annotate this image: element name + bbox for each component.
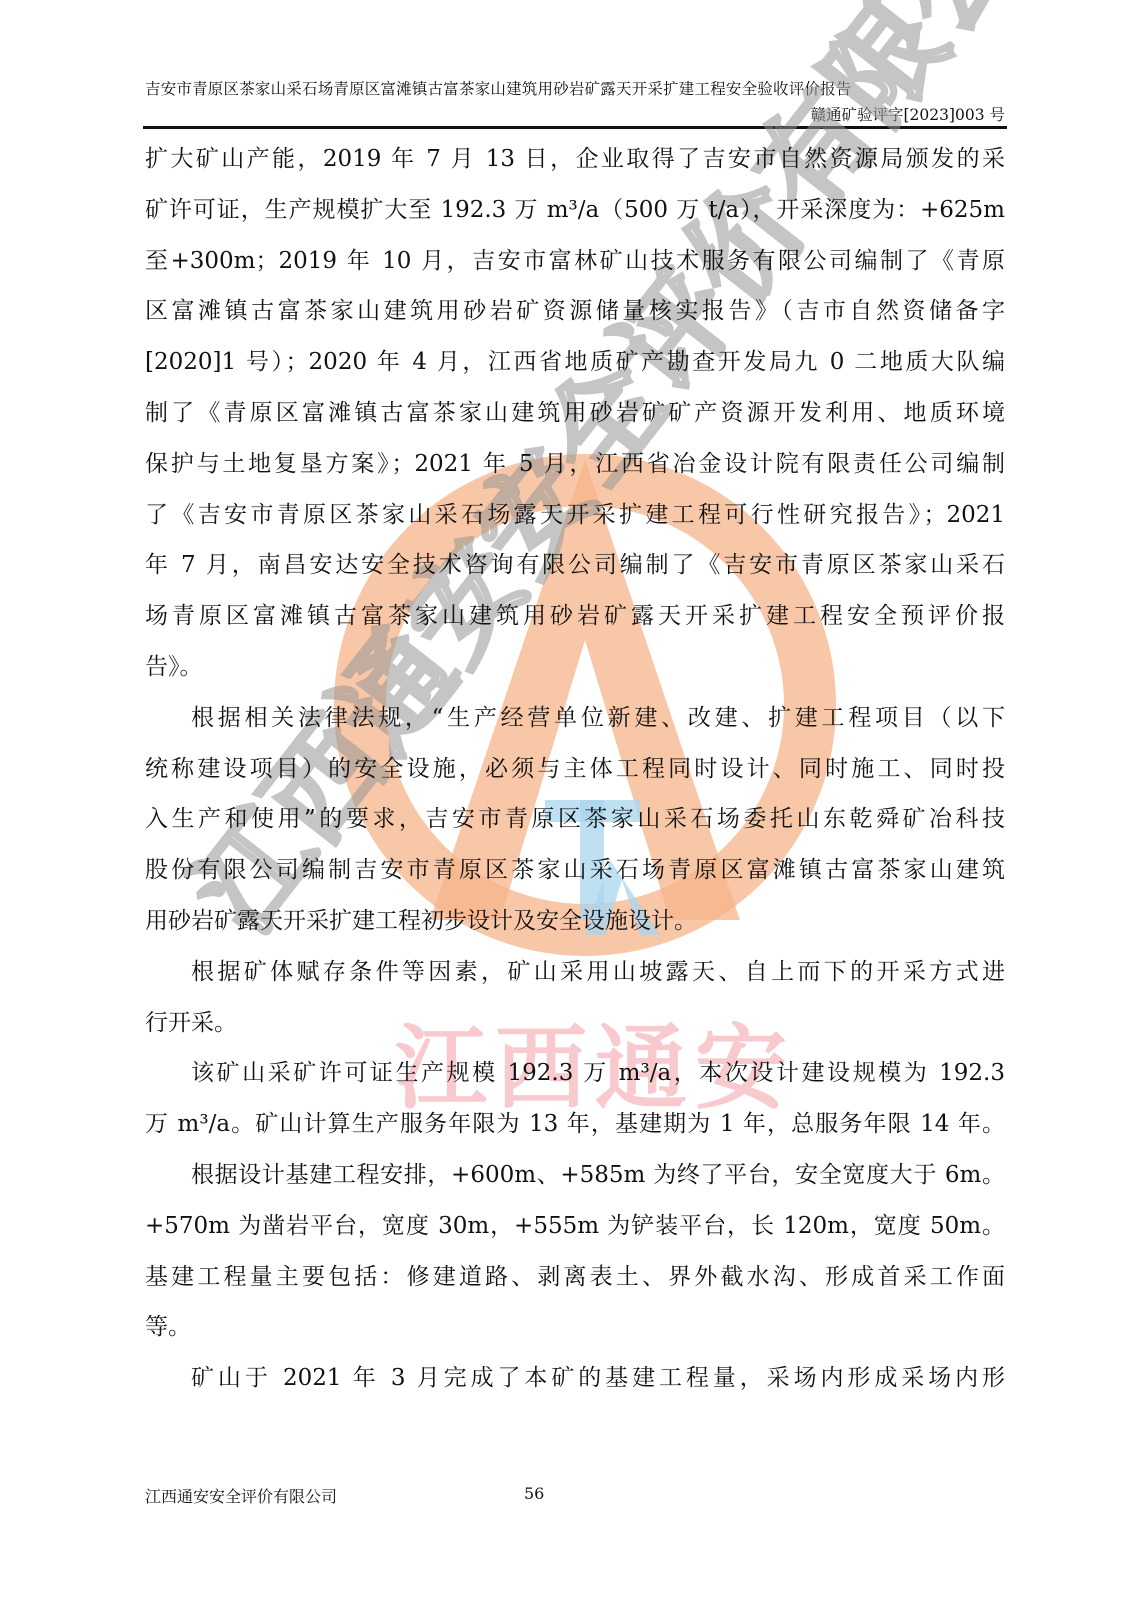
footer-company: 江西通安安全评价有限公司 — [145, 1484, 337, 1507]
text-line: 告》。 — [145, 642, 1005, 693]
text-line: 等。 — [145, 1302, 1005, 1353]
paragraph-start: 根据相关法律法规，“生产经营单位新建、改建、扩建工程项目（以下 — [145, 693, 1005, 744]
paragraph-start: 根据设计基建工程安排，+600m、+585m 为终了平台，安全宽度大于 6m。 — [145, 1150, 1005, 1201]
text-line: 入生产和使用”的要求，吉安市青原区茶家山采石场委托山东乾舜矿冶科技 — [145, 794, 1005, 845]
text-line: 区富滩镇古富茶家山建筑用砂岩矿资源储量核实报告》（吉市自然资储备字 — [145, 286, 1005, 337]
paragraph-start: 该矿山采矿许可证生产规模 192.3 万 m³/a，本次设计建设规模为 192.… — [145, 1048, 1005, 1099]
text-line: 了《吉安市青原区茶家山采石场露天开采扩建工程可行性研究报告》；2021 — [145, 490, 1005, 541]
text-line: 场青原区富滩镇古富茶家山建筑用砂岩矿露天开采扩建工程安全预评价报 — [145, 591, 1005, 642]
text-line: 股份有限公司编制吉安市青原区茶家山采石场青原区富滩镇古富茶家山建筑 — [145, 845, 1005, 896]
text-line: 保护与土地复垦方案》；2021 年 5 月，江西省冶金设计院有限责任公司编制 — [145, 439, 1005, 490]
document-number: 赣通矿验评字[2023]003 号 — [810, 103, 1005, 125]
text-line: 扩大矿山产能，2019 年 7 月 13 日，企业取得了吉安市自然资源局颁发的采 — [145, 134, 1005, 185]
text-line: 用砂岩矿露天开采扩建工程初步设计及安全设施设计。 — [145, 896, 1005, 947]
page-number: 56 — [524, 1484, 544, 1503]
text-line: 行开采。 — [145, 998, 1005, 1049]
text-line: 统称建设项目）的安全设施，必须与主体工程同时设计、同时施工、同时投 — [145, 744, 1005, 795]
paragraph-start: 矿山于 2021 年 3 月完成了本矿的基建工程量，采场内形成采场内形 — [145, 1353, 1005, 1404]
paragraph-start: 根据矿体赋存条件等因素，矿山采用山坡露天、自上而下的开采方式进 — [145, 947, 1005, 998]
document-page: 江西通安安全评价有限公司 江西通安 吉安市青原区茶家山采石场青原区富滩镇古富茶家… — [0, 0, 1131, 1600]
text-line: 基建工程量主要包括：修建道路、剥离表土、界外截水沟、形成首采工作面 — [145, 1252, 1005, 1303]
text-line: 至+300m；2019 年 10 月，吉安市富林矿山技术服务有限公司编制了《青原 — [145, 236, 1005, 287]
report-title: 吉安市青原区茶家山采石场青原区富滩镇古富茶家山建筑用砂岩矿露天开采扩建工程安全验… — [145, 77, 1005, 99]
text-line: 矿许可证，生产规模扩大至 192.3 万 m³/a（500 万 t/a），开采深… — [145, 185, 1005, 236]
text-line: 制了《青原区富滩镇古富茶家山建筑用砂岩矿矿产资源开发利用、地质环境 — [145, 388, 1005, 439]
body-text: 扩大矿山产能，2019 年 7 月 13 日，企业取得了吉安市自然资源局颁发的采… — [145, 134, 1005, 1404]
text-line: 年 7 月，南昌安达安全技术咨询有限公司编制了《吉安市青原区茶家山采石 — [145, 540, 1005, 591]
text-line: [2020]1 号）；2020 年 4 月，江西省地质矿产勘查开发局九 0 二地… — [145, 337, 1005, 388]
text-line: 万 m³/a。矿山计算生产服务年限为 13 年，基建期为 1 年，总服务年限 1… — [145, 1099, 1005, 1150]
text-line: +570m 为凿岩平台，宽度 30m，+555m 为铲装平台，长 120m，宽度… — [145, 1201, 1005, 1252]
header-divider — [143, 126, 1007, 129]
